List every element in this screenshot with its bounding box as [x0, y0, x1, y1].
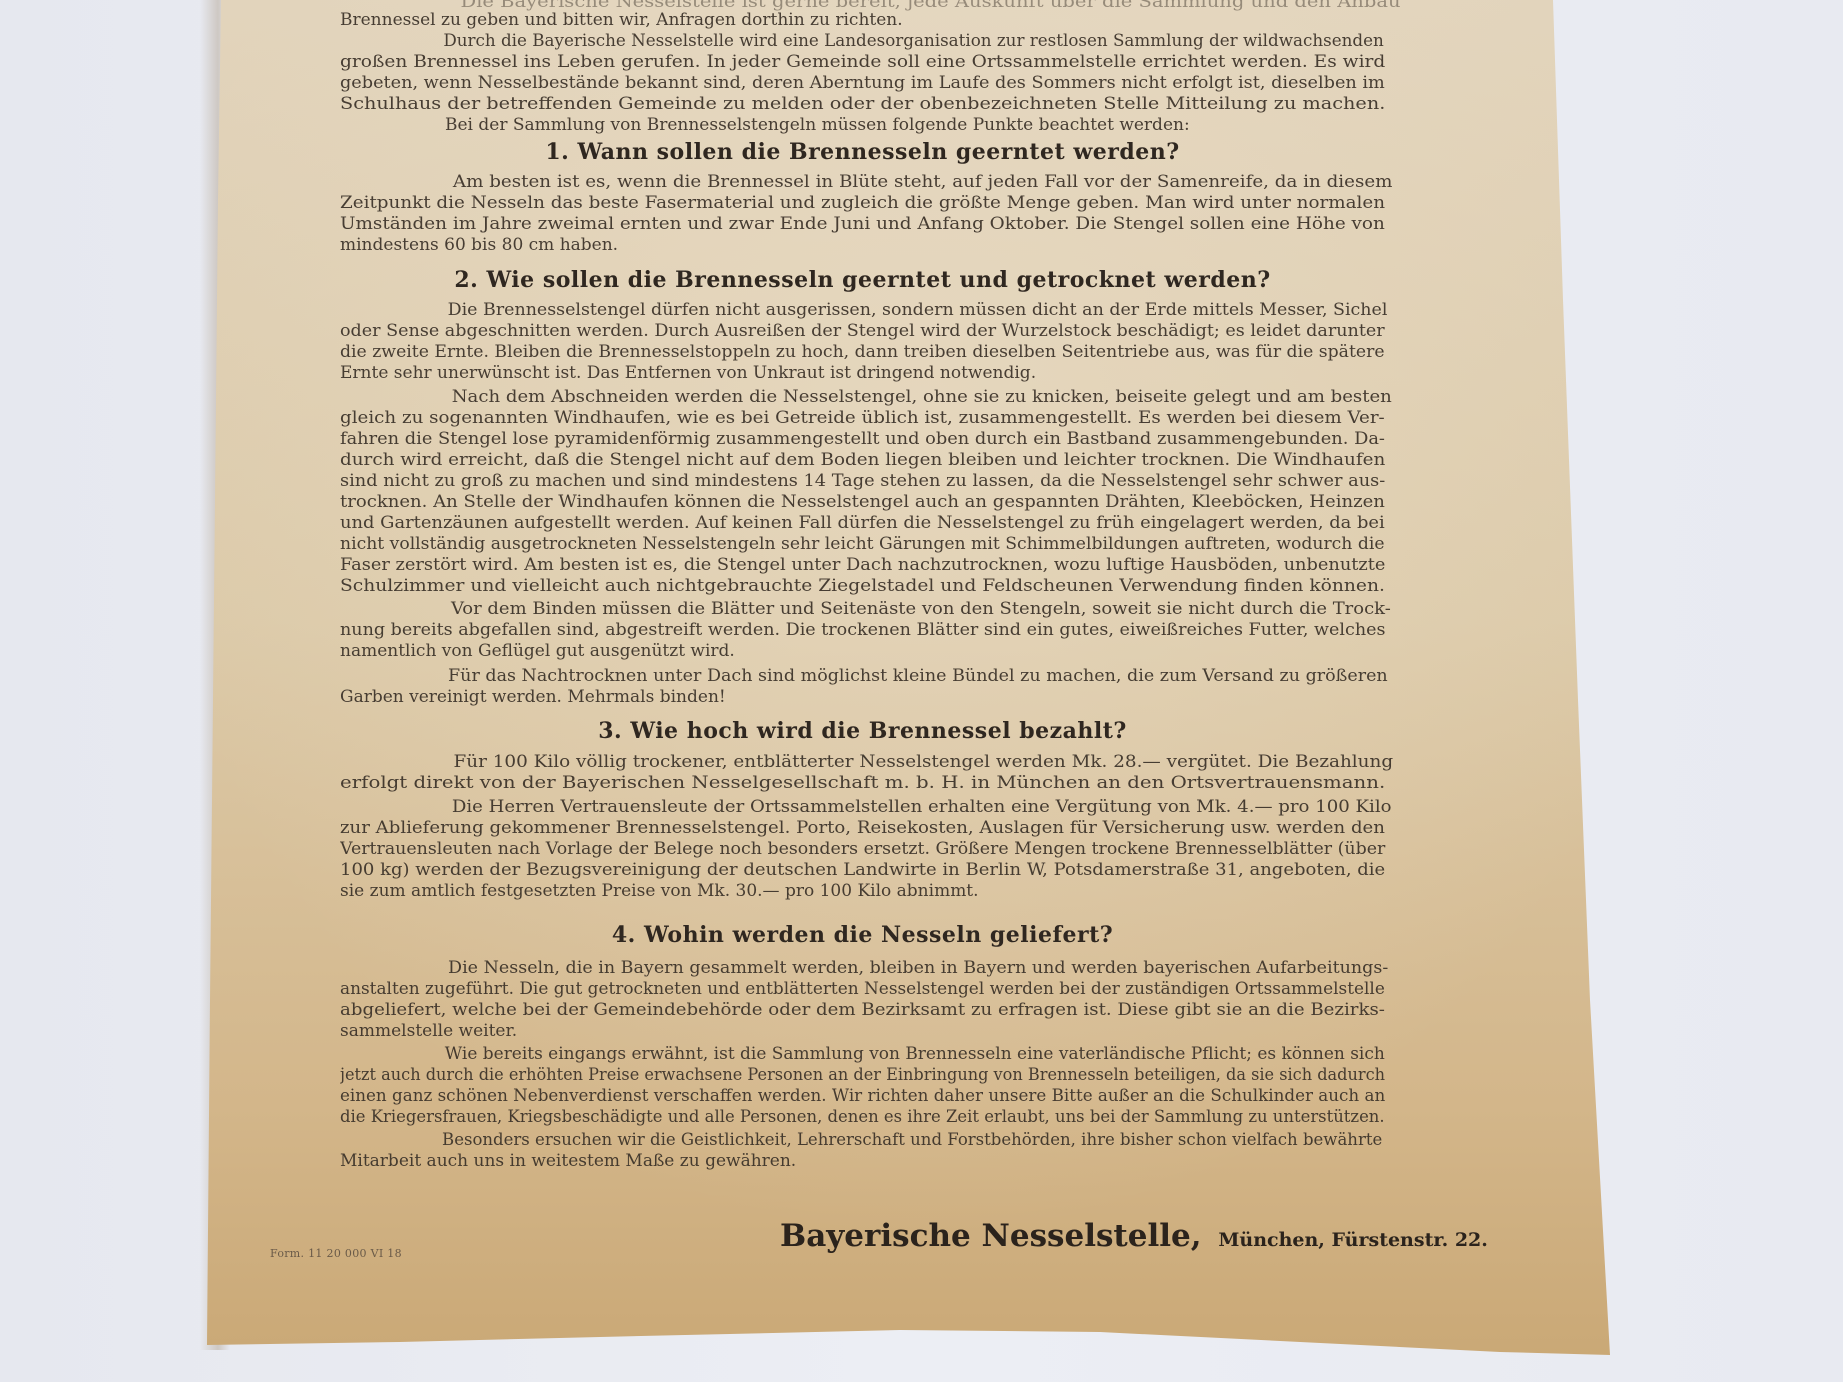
- signature-name: Bayerische Nesselstelle,: [780, 1218, 1202, 1254]
- section-4-line: Besonders ersuchen wir die Geistlichkeit…: [340, 1130, 1386, 1151]
- section-2-line: die zweite Ernte. Bleiben die Brennessel…: [340, 342, 1389, 363]
- section-heading-3: 3. Wie hoch wird die Brennessel bezahlt?: [340, 717, 1385, 745]
- section-4-line: einen ganz schönen Nebenverdienst versch…: [340, 1086, 1389, 1107]
- signature-address: München, Fürstenstr. 22.: [1218, 1229, 1488, 1251]
- section-4-line: Die Nesseln, die in Bayern gesammelt wer…: [340, 958, 1392, 979]
- section-4-line: jetzt auch durch die erhöhten Preise erw…: [340, 1065, 1389, 1086]
- section-2-line: fahren die Stengel lose pyramidenförmig …: [340, 429, 1389, 450]
- section-heading-4: 4. Wohin werden die Nesseln geliefert?: [340, 921, 1385, 949]
- intro-line: Durch die Bayerische Nesselstelle wird e…: [340, 31, 1388, 52]
- signature: Bayerische Nesselstelle, München, Fürste…: [780, 1218, 1488, 1258]
- intro-line: Bei der Sammlung von Brennesselstengeln …: [340, 115, 1194, 136]
- section-4-line: die Kriegersfrauen, Kriegsbeschädigte un…: [340, 1107, 1388, 1128]
- section-1-line: Am besten ist es, wenn die Brennessel in…: [340, 172, 1397, 193]
- section-2-line: sind nicht zu groß zu machen und sind mi…: [340, 471, 1389, 492]
- section-1-line: mindestens 60 bis 80 cm haben.: [340, 235, 622, 256]
- section-3-line: Für 100 Kilo völlig trockener, entblätte…: [340, 752, 1397, 773]
- section-2-line: nicht vollständig ausgetrockneten Nessel…: [340, 534, 1389, 555]
- intro-line: Brennessel zu geben und bitten wir, Anfr…: [340, 10, 907, 31]
- section-2-line: Schulzimmer und vielleicht auch nichtgeb…: [340, 576, 1389, 597]
- section-heading-1: 1. Wann sollen die Brennesseln geerntet …: [340, 138, 1385, 166]
- section-3-line: 100 kg) werden der Bezugsvereinigung der…: [340, 860, 1389, 881]
- section-2-line: Für das Nachtrocknen unter Dach sind mög…: [340, 666, 1392, 687]
- section-4-line: Wie bereits eingangs erwähnt, ist die Sa…: [340, 1044, 1389, 1065]
- section-3-line: erfolgt direkt von der Bayerischen Nesse…: [340, 773, 1390, 794]
- section-4-line: sammelstelle weiter.: [340, 1021, 521, 1042]
- section-3-line: sie zum amtlich festgesetzten Preise von…: [340, 881, 983, 902]
- section-2-line: Garben vereinigt werden. Mehrmals binden…: [340, 687, 730, 708]
- section-2-line: gleich zu sogenannten Windhaufen, wie es…: [340, 408, 1389, 429]
- intro-line: großen Brennessel ins Leben gerufen. In …: [340, 52, 1390, 73]
- section-2-line: durch wird erreicht, daß die Stengel nic…: [340, 450, 1390, 471]
- section-2-line: trocknen. An Stelle der Windhaufen könne…: [340, 492, 1389, 513]
- intro-line: gebeten, wenn Nesselbestände bekannt sin…: [340, 73, 1389, 94]
- section-2-line: Nach dem Abschneiden werden die Nesselst…: [340, 387, 1396, 408]
- section-3-line: zur Ablieferung gekommener Brennesselste…: [340, 818, 1389, 839]
- section-2-line: namentlich von Geflügel gut ausgenützt w…: [340, 641, 739, 662]
- section-1-line: Umständen im Jahre zweimal ernten und zw…: [340, 214, 1389, 235]
- section-3-line: Vertrauensleuten nach Vorlage der Belege…: [340, 839, 1389, 860]
- section-2-line: Ernte sehr unerwünscht ist. Das Entferne…: [340, 363, 1040, 384]
- section-3-line: Die Herren Vertrauensleute der Ortssamme…: [340, 797, 1396, 818]
- section-4-line: anstalten zugeführt. Die gut getrocknete…: [340, 979, 1389, 1000]
- section-2-line: Faser zerstört wird. Am besten ist es, d…: [340, 555, 1390, 576]
- section-4-line: Mitarbeit auch uns in weitestem Maße zu …: [340, 1151, 800, 1172]
- intro-line: Schulhaus der betreffenden Gemeinde zu m…: [340, 94, 1390, 115]
- section-2-line: oder Sense abgeschnitten werden. Durch A…: [340, 321, 1389, 342]
- section-4-line: abgeliefert, welche bei der Gemeindebehö…: [340, 1000, 1389, 1021]
- section-1-line: Zeitpunkt die Nesseln das beste Fasermat…: [340, 193, 1389, 214]
- form-code: Form. 11 20 000 VI 18: [270, 1247, 402, 1260]
- section-2-line: nung bereits abgefallen sind, abgestreif…: [340, 620, 1390, 641]
- section-2-line: Vor dem Binden müssen die Blätter und Se…: [340, 599, 1395, 620]
- section-heading-2: 2. Wie sollen die Brennesseln geerntet u…: [340, 266, 1385, 294]
- section-2-line: und Gartenzäunen aufgestellt werden. Auf…: [340, 513, 1389, 534]
- section-2-line: Die Brennesselstengel dürfen nicht ausge…: [340, 300, 1392, 321]
